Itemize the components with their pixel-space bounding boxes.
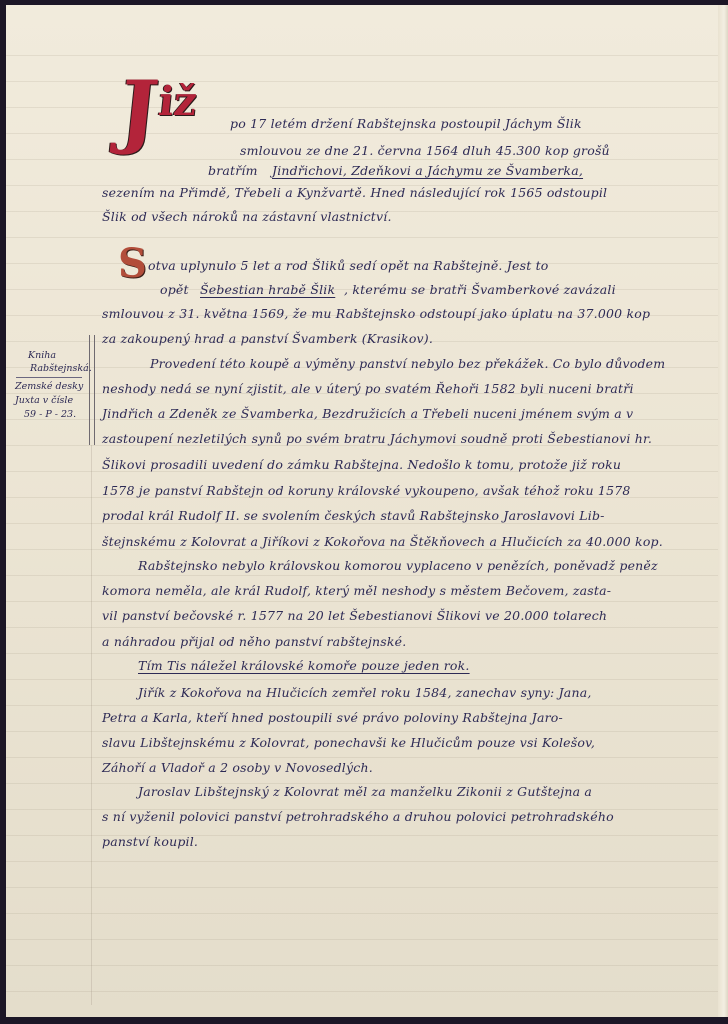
p5-line-1: Jiřík z Kokořova na Hlučicích zemřel rok… (138, 685, 592, 700)
p2-line-2b: , kterému se bratři Švamberkové zavázali (344, 282, 616, 297)
p6-line-2: s ní vyženil polovici panství petrohrads… (102, 809, 614, 824)
p1-line-3a: bratřím (208, 163, 258, 178)
margin-note-divider (16, 377, 82, 378)
p4-line-2: komora neměla, ale král Rudolf, který mě… (102, 583, 611, 598)
p3-line-6: 1578 je panství Rabštejn od koruny králo… (102, 483, 631, 498)
margin-double-line (89, 335, 95, 445)
decorative-initial-j: Již (116, 70, 200, 150)
p2-line-3: smlouvou z 31. května 1569, že mu Rabšte… (102, 306, 650, 321)
p5-line-3: slavu Libštejnskému z Kolovrat, ponechav… (102, 735, 595, 750)
p2-line-1: otva uplynulo 5 let a rod Šliků sedí opě… (148, 258, 549, 273)
underlined-statement: Tím Tis náležel královské komoře pouze j… (138, 658, 470, 673)
decorative-initial-s: S (118, 244, 147, 284)
p3-line-4: zastoupení nezletilých synů po svém brat… (102, 431, 652, 446)
p1-line-2: smlouvou ze dne 21. června 1564 dluh 45.… (240, 143, 610, 158)
p1-line-3-underlined: Jindřichovi, Zdeňkovi a Jáchymu ze Švamb… (272, 163, 583, 178)
p1-line-1: po 17 letém držení Rabštejnska postoupil… (230, 116, 582, 131)
p4-line-1: Rabštejnsko nebylo královskou komorou vy… (138, 558, 658, 573)
page-edge (718, 5, 728, 1017)
p1-line-5: Šlik od všech nároků na zástavní vlastni… (102, 209, 392, 224)
p2-line-2a: opět (160, 282, 189, 297)
p6-line-3: panství koupil. (102, 834, 198, 849)
p4-line-3: vil panství bečovské r. 1577 na 20 let Š… (102, 608, 607, 623)
p3-line-8: štejnskému z Kolovrat a Jiříkovi z Kokoř… (102, 534, 663, 549)
p6-line-1: Jaroslav Libštejnský z Kolovrat měl za m… (138, 784, 592, 799)
p3-line-2: neshody nedá se nyní zjistit, ale v úter… (102, 381, 634, 396)
p4-line-4: a náhradou přijal od něho panství rabšte… (102, 634, 406, 649)
margin-note-5: 59 - P - 23. (24, 409, 76, 420)
initial-rest: iž (156, 78, 199, 125)
p3-line-5: Šlikovi prosadili uvedení do zámku Rabšt… (102, 457, 621, 472)
margin-note-2: Rabštejnská. (30, 363, 92, 374)
p1-line-4: sezením na Přimdě, Třebeli a Kynžvartě. … (102, 185, 607, 200)
margin-note-4: Juxta v čísle (15, 395, 73, 406)
margin-note-1: Kniha (28, 350, 56, 361)
p5-line-4: Záhoří a Vladoř a 2 osoby v Novosedlých. (102, 760, 373, 775)
p2-line-2-underlined: Šebestian hrabě Šlik (200, 282, 335, 297)
margin-note-3: Zemské desky (15, 381, 83, 392)
p3-line-1: Provedení této koupě a výměny panství ne… (150, 356, 665, 371)
p5-line-2: Petra a Karla, kteří hned postoupili své… (102, 710, 563, 725)
p3-line-3: Jindřich a Zdeněk ze Švamberka, Bezdruži… (102, 406, 633, 421)
margin-line (91, 445, 92, 1005)
p2-line-4: za zakoupený hrad a panství Švamberk (Kr… (102, 331, 433, 346)
p3-line-7: prodal král Rudolf II. se svolením český… (102, 508, 605, 523)
